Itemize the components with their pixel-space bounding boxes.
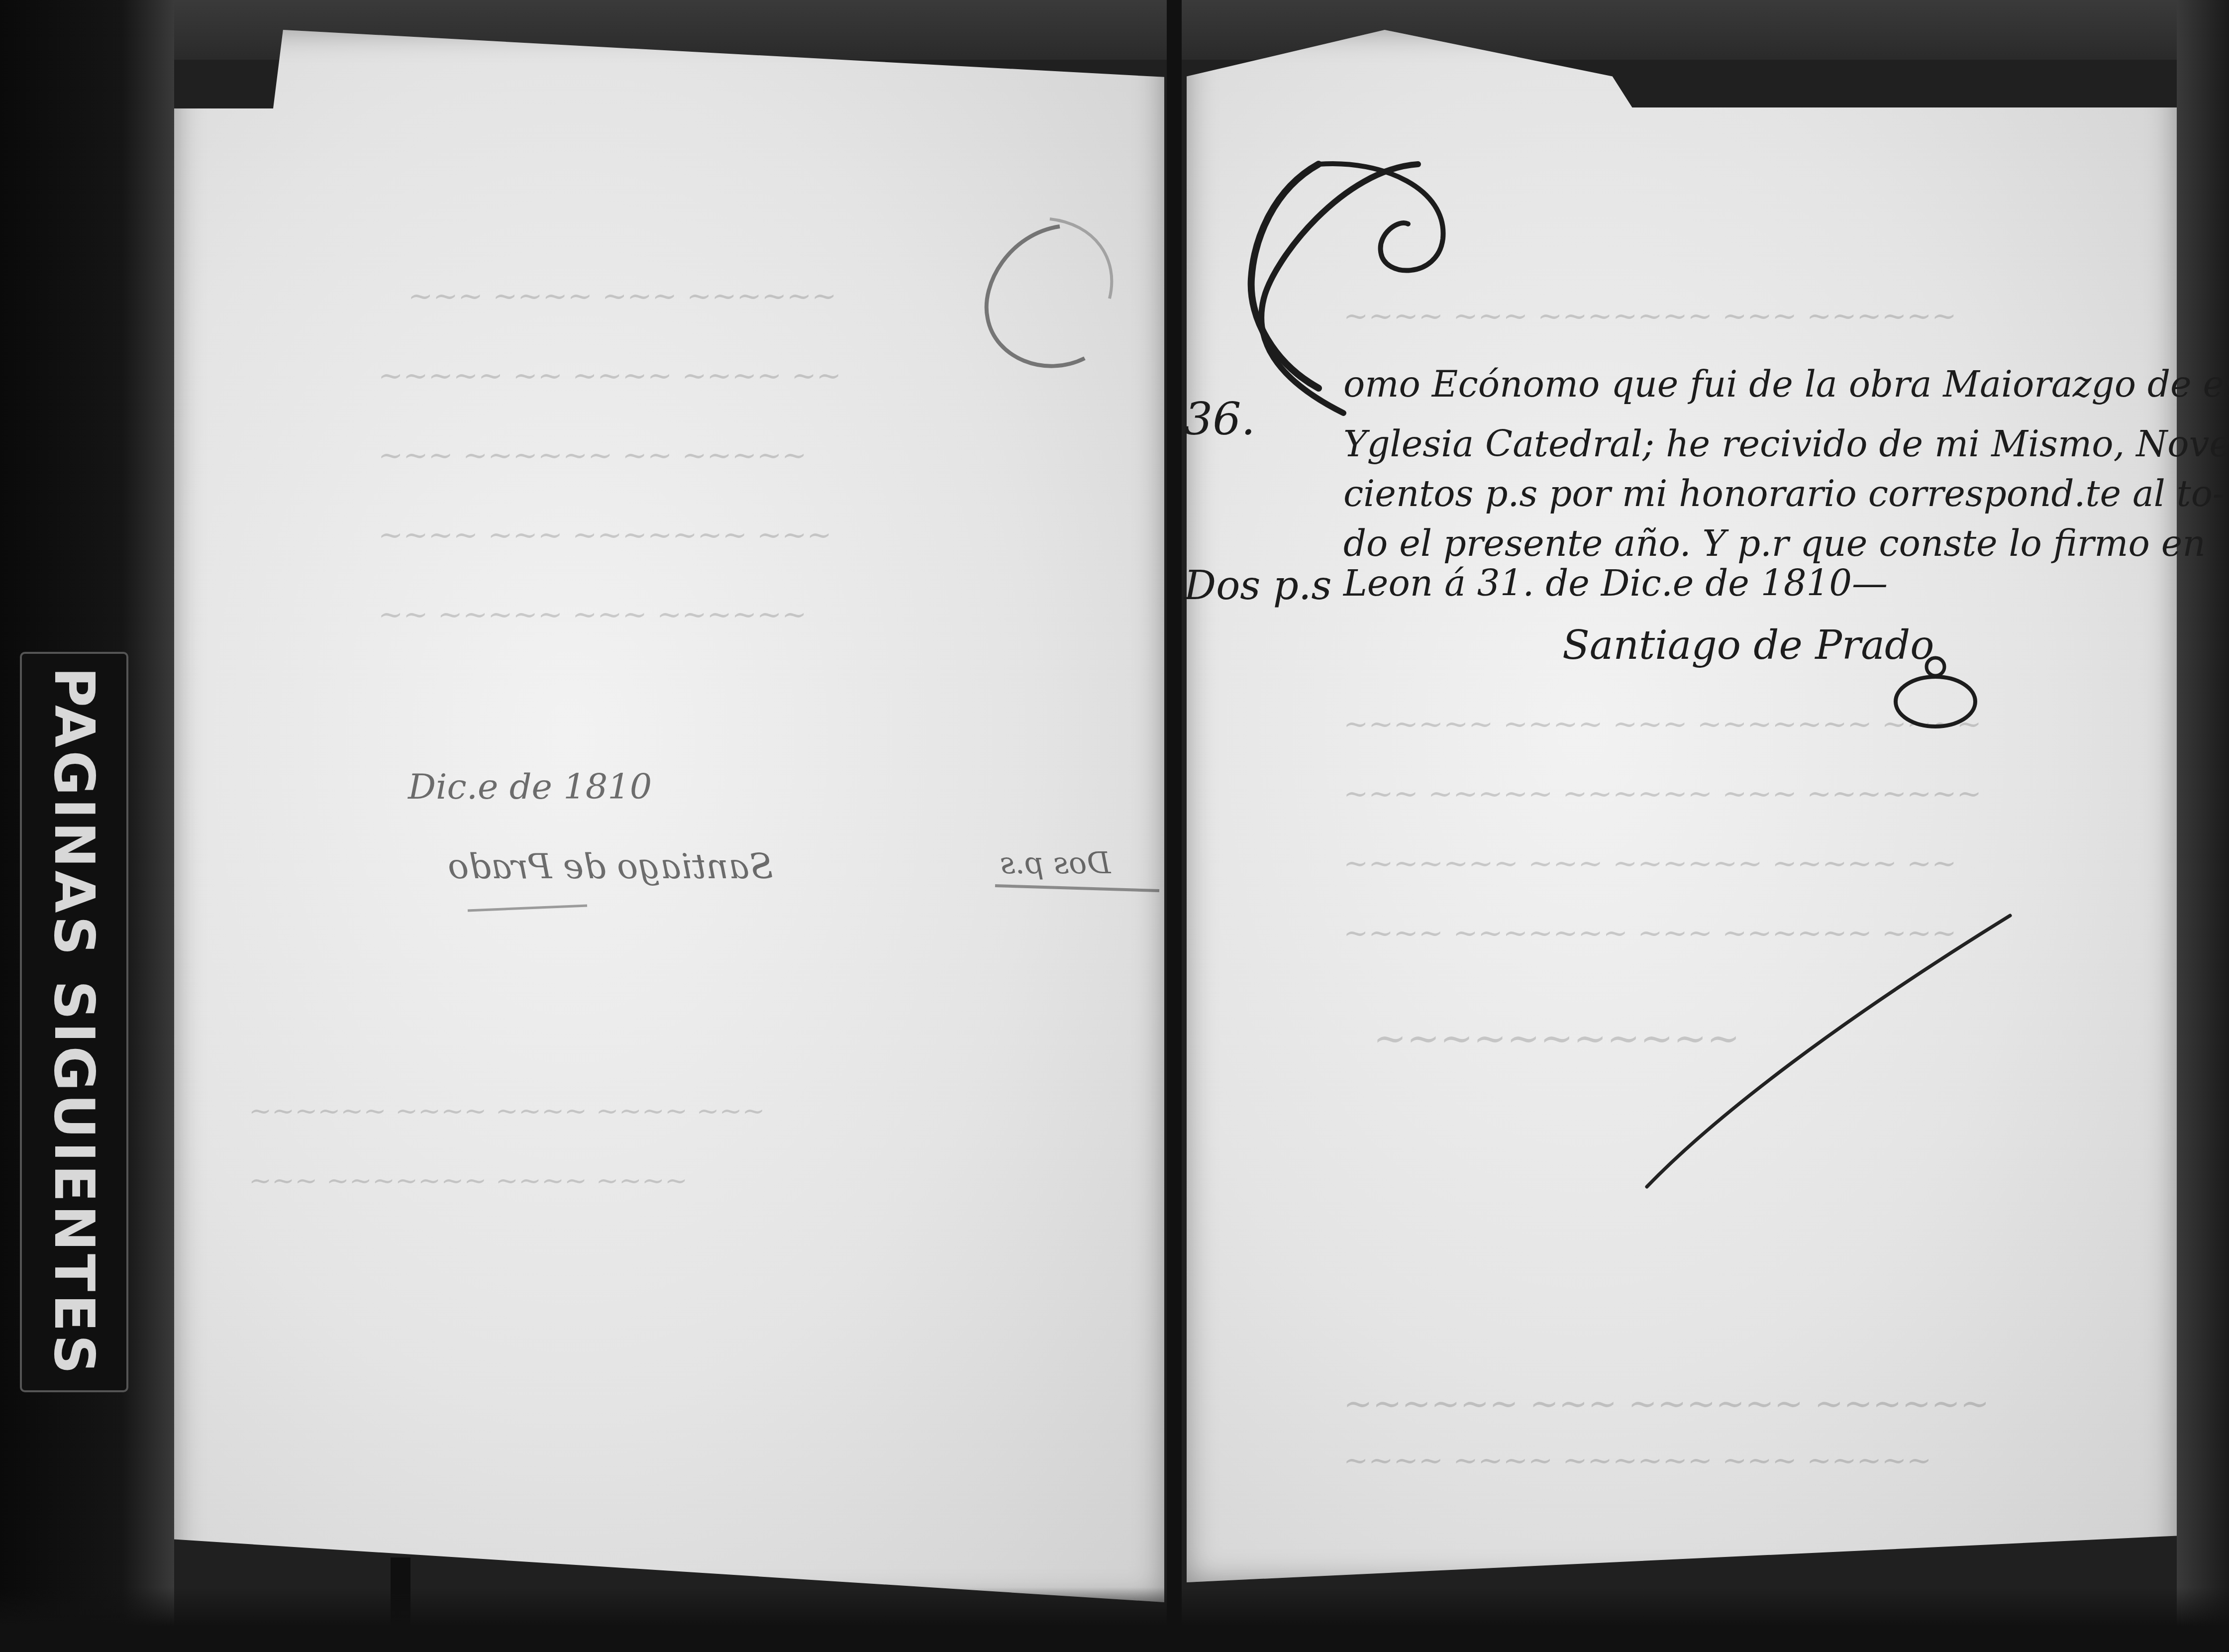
- bleed-oval-flourish: [987, 226, 1085, 366]
- initial-c-flourish: [1261, 164, 1418, 413]
- bottom-shadow: [0, 1587, 2229, 1652]
- ink-strokes: [0, 0, 2229, 1652]
- rubric-icon: [1896, 677, 1975, 726]
- diagonal-cancel-stroke: [1647, 916, 2010, 1187]
